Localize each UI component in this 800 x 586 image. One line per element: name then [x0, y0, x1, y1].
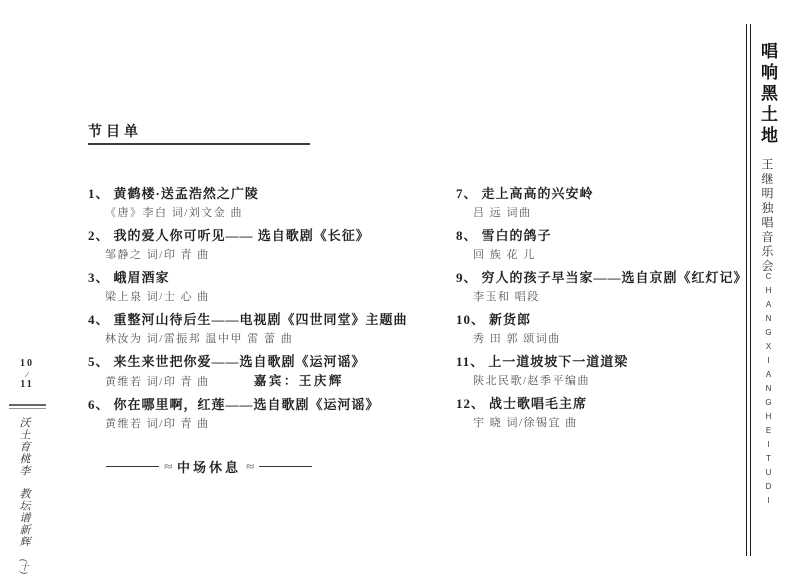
divider-line-left	[106, 466, 159, 467]
wave-ornament-right: ≈	[246, 461, 254, 473]
guest-label: 嘉宾：王庆辉	[254, 374, 344, 388]
program-item-title: 6、你在哪里啊，红莲——选自歌剧《运河谣》	[88, 397, 454, 412]
item-number: 11、	[456, 354, 484, 369]
program-item-credit: 宇 晓 词/徐锡宜 曲	[456, 417, 756, 429]
program-column-right: 7、走上高高的兴安岭 吕 远 词曲 8、雪白的鸽子 回 族 花 儿 9、穷人的孩…	[456, 186, 756, 438]
item-number: 1、	[88, 186, 110, 201]
program-item-title: 11、上一道坡坡下一道道梁	[456, 354, 756, 369]
program-item-title: 12、战士歌唱毛主席	[456, 396, 756, 411]
item-number: 7、	[456, 186, 478, 201]
program-item-6: 6、你在哪里啊，红莲——选自歌剧《运河谣》 黄维若 词/印 青 曲	[88, 397, 454, 430]
item-title-text: 战士歌唱毛主席	[489, 396, 587, 411]
sidebar-double-rule	[746, 24, 751, 556]
intermission-divider: ≈ 中场休息 ≈	[106, 457, 312, 476]
program-item-credit: 黄维若 词/印 青 曲	[88, 418, 454, 430]
program-item-title: 1、黄鹤楼·送孟浩然之广陵	[88, 186, 454, 201]
program-item-credit: 黄维若 词/印 青 曲嘉宾：王庆辉	[88, 375, 454, 388]
program-column-left: 1、黄鹤楼·送孟浩然之广陵 《唐》李白 词/刘文金 曲 2、我的爱人你可听见——…	[88, 186, 454, 439]
item-title-text: 你在哪里啊，红莲——选自歌剧《运河谣》	[114, 397, 380, 412]
program-item-title: 9、穷人的孩子早当家——选自京剧《红灯记》	[456, 270, 756, 285]
sidebar-pinyin: CHANGXIANGHEITUDI	[764, 272, 773, 510]
program-item-credit: 梁上泉 词/士 心 曲	[88, 291, 454, 303]
item-title-text: 我的爱人你可听见—— 选自歌剧《长征》	[114, 228, 370, 243]
item-number: 8、	[456, 228, 478, 243]
title-underline	[88, 143, 310, 145]
item-title-text: 黄鹤楼·送孟浩然之广陵	[114, 186, 259, 201]
program-item-2: 2、我的爱人你可听见—— 选自歌剧《长征》 邹静之 词/印 青 曲	[88, 228, 454, 261]
program-item-credit: 秀 田 郭 颂词曲	[456, 333, 756, 345]
intermission-label: 中场休息	[177, 457, 241, 476]
sidebar-book-title: 唱响黑土地	[755, 42, 780, 147]
program-item-title: 8、雪白的鸽子	[456, 228, 756, 243]
program-item-title: 10、新货郎	[456, 312, 756, 327]
item-title-text: 来生来世把你爱——选自歌剧《运河谣》	[114, 354, 366, 369]
item-title-text: 走上高高的兴安岭	[482, 186, 594, 201]
page-number-top: 10	[8, 358, 46, 370]
caption-line-2: 教坛谱新辉	[18, 488, 30, 548]
page-number-separator: ∕	[8, 370, 46, 379]
program-item-title: 7、走上高高的兴安岭	[456, 186, 756, 201]
program-item-9: 9、穷人的孩子早当家——选自京剧《红灯记》 李玉和 唱段	[456, 270, 756, 303]
left-margin-caption: 沃土育桃李 教坛谱新辉 (十)	[16, 417, 32, 547]
item-number: 12、	[456, 396, 485, 411]
program-item-4: 4、重整河山待后生——电视剧《四世同堂》主题曲 林汝为 词/雷振邦 温中甲 雷 …	[88, 312, 454, 345]
program-item-credit: 《唐》李白 词/刘文金 曲	[88, 207, 454, 219]
program-item-credit: 邹静之 词/印 青 曲	[88, 249, 454, 261]
item-credit-text: 黄维若 词/印 青 曲	[105, 376, 210, 388]
item-title-text: 重整河山待后生——电视剧《四世同堂》主题曲	[114, 312, 408, 327]
item-number: 3、	[88, 270, 110, 285]
program-item-3: 3、峨眉酒家 梁上泉 词/士 心 曲	[88, 270, 454, 303]
page-title: 节目单	[88, 121, 142, 141]
program-item-credit: 李玉和 唱段	[456, 291, 756, 303]
program-item-credit: 陕北民歌/赵季平编曲	[456, 375, 756, 387]
program-item-credit: 林汝为 词/雷振邦 温中甲 雷 蕾 曲	[88, 333, 454, 345]
program-item-credit: 吕 远 词曲	[456, 207, 756, 219]
caption-volume: (十)	[19, 559, 29, 574]
program-item-title: 3、峨眉酒家	[88, 270, 454, 285]
page-number-bottom: 11	[8, 379, 46, 391]
item-title-text: 穷人的孩子早当家——选自京剧《红灯记》	[482, 270, 748, 285]
page-number: 10 ∕ 11	[8, 358, 46, 391]
item-number: 9、	[456, 270, 478, 285]
program-item-10: 10、新货郎 秀 田 郭 颂词曲	[456, 312, 756, 345]
program-item-12: 12、战士歌唱毛主席 宇 晓 词/徐锡宜 曲	[456, 396, 756, 429]
program-item-5: 5、来生来世把你爱——选自歌剧《运河谣》 黄维若 词/印 青 曲嘉宾：王庆辉	[88, 354, 454, 388]
item-title-text: 上一道坡坡下一道道梁	[488, 354, 628, 369]
program-item-8: 8、雪白的鸽子 回 族 花 儿	[456, 228, 756, 261]
item-title-text: 新货郎	[489, 312, 531, 327]
program-item-7: 7、走上高高的兴安岭 吕 远 词曲	[456, 186, 756, 219]
caption-line-1: 沃土育桃李	[18, 417, 30, 477]
program-item-11: 11、上一道坡坡下一道道梁 陕北民歌/赵季平编曲	[456, 354, 756, 387]
item-number: 10、	[456, 312, 485, 327]
item-title-text: 峨眉酒家	[114, 270, 170, 285]
program-item-title: 4、重整河山待后生——电视剧《四世同堂》主题曲	[88, 312, 454, 327]
sidebar-subtitle: 王继明独唱音乐会	[759, 158, 776, 274]
program-item-title: 5、来生来世把你爱——选自歌剧《运河谣》	[88, 354, 454, 369]
program-item-credit: 回 族 花 儿	[456, 249, 756, 261]
page-number-rule	[9, 404, 46, 409]
program-item-title: 2、我的爱人你可听见—— 选自歌剧《长征》	[88, 228, 454, 243]
item-number: 5、	[88, 354, 110, 369]
item-number: 2、	[88, 228, 110, 243]
item-number: 6、	[88, 397, 110, 412]
wave-ornament-left: ≈	[164, 461, 172, 473]
program-item-1: 1、黄鹤楼·送孟浩然之广陵 《唐》李白 词/刘文金 曲	[88, 186, 454, 219]
item-title-text: 雪白的鸽子	[482, 228, 552, 243]
divider-line-right	[259, 466, 312, 467]
item-number: 4、	[88, 312, 110, 327]
